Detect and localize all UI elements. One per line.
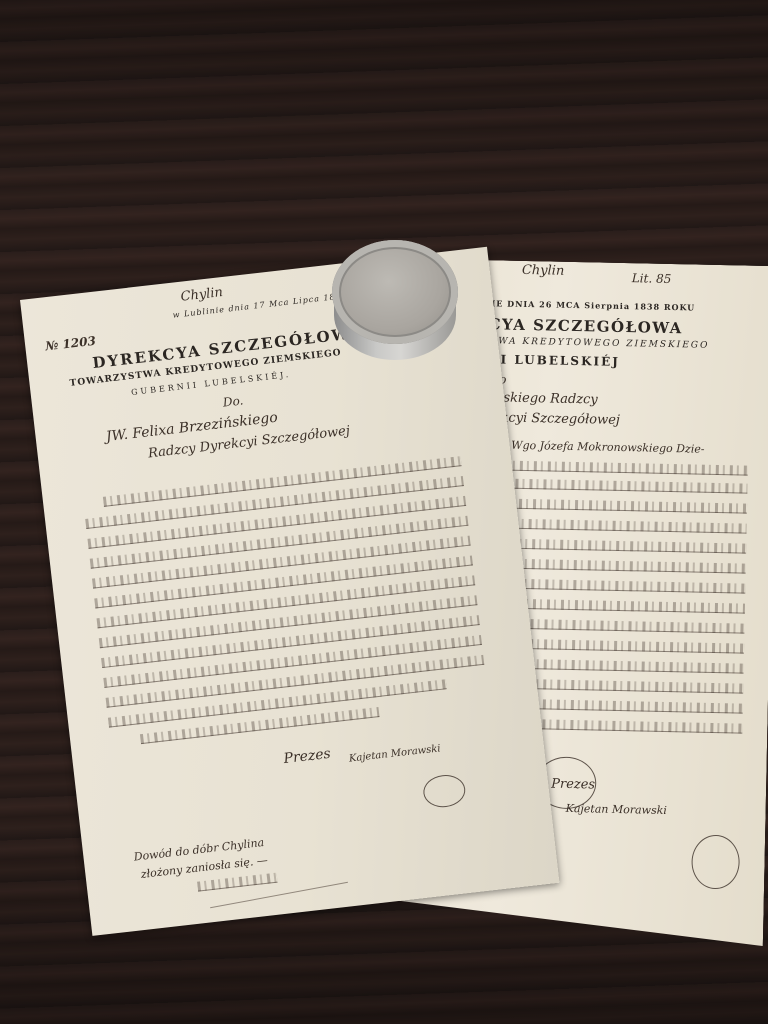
signature-flourish [691,835,740,890]
tin-lid [332,240,458,344]
left-salutation: Do. [222,393,244,409]
left-place: Chylin [180,285,224,305]
metal-tin [332,240,458,362]
left-signature-name: Kajetan Morawski [348,743,441,764]
handwriting-line [197,873,278,892]
left-document: Chylin № 1203 w Lublinie dnia 17 Mca Lip… [20,247,559,936]
right-place: Chylin [522,263,565,279]
right-ref: Lit. 85 [632,271,672,286]
left-signature-title: Prezes [283,746,332,767]
right-signature-name: Kajetan Morawski [566,802,667,817]
right-signature-title: Prezes [551,777,595,793]
handwriting-line [487,478,747,493]
left-number: № 1203 [45,334,97,354]
signature-flourish [422,773,467,810]
